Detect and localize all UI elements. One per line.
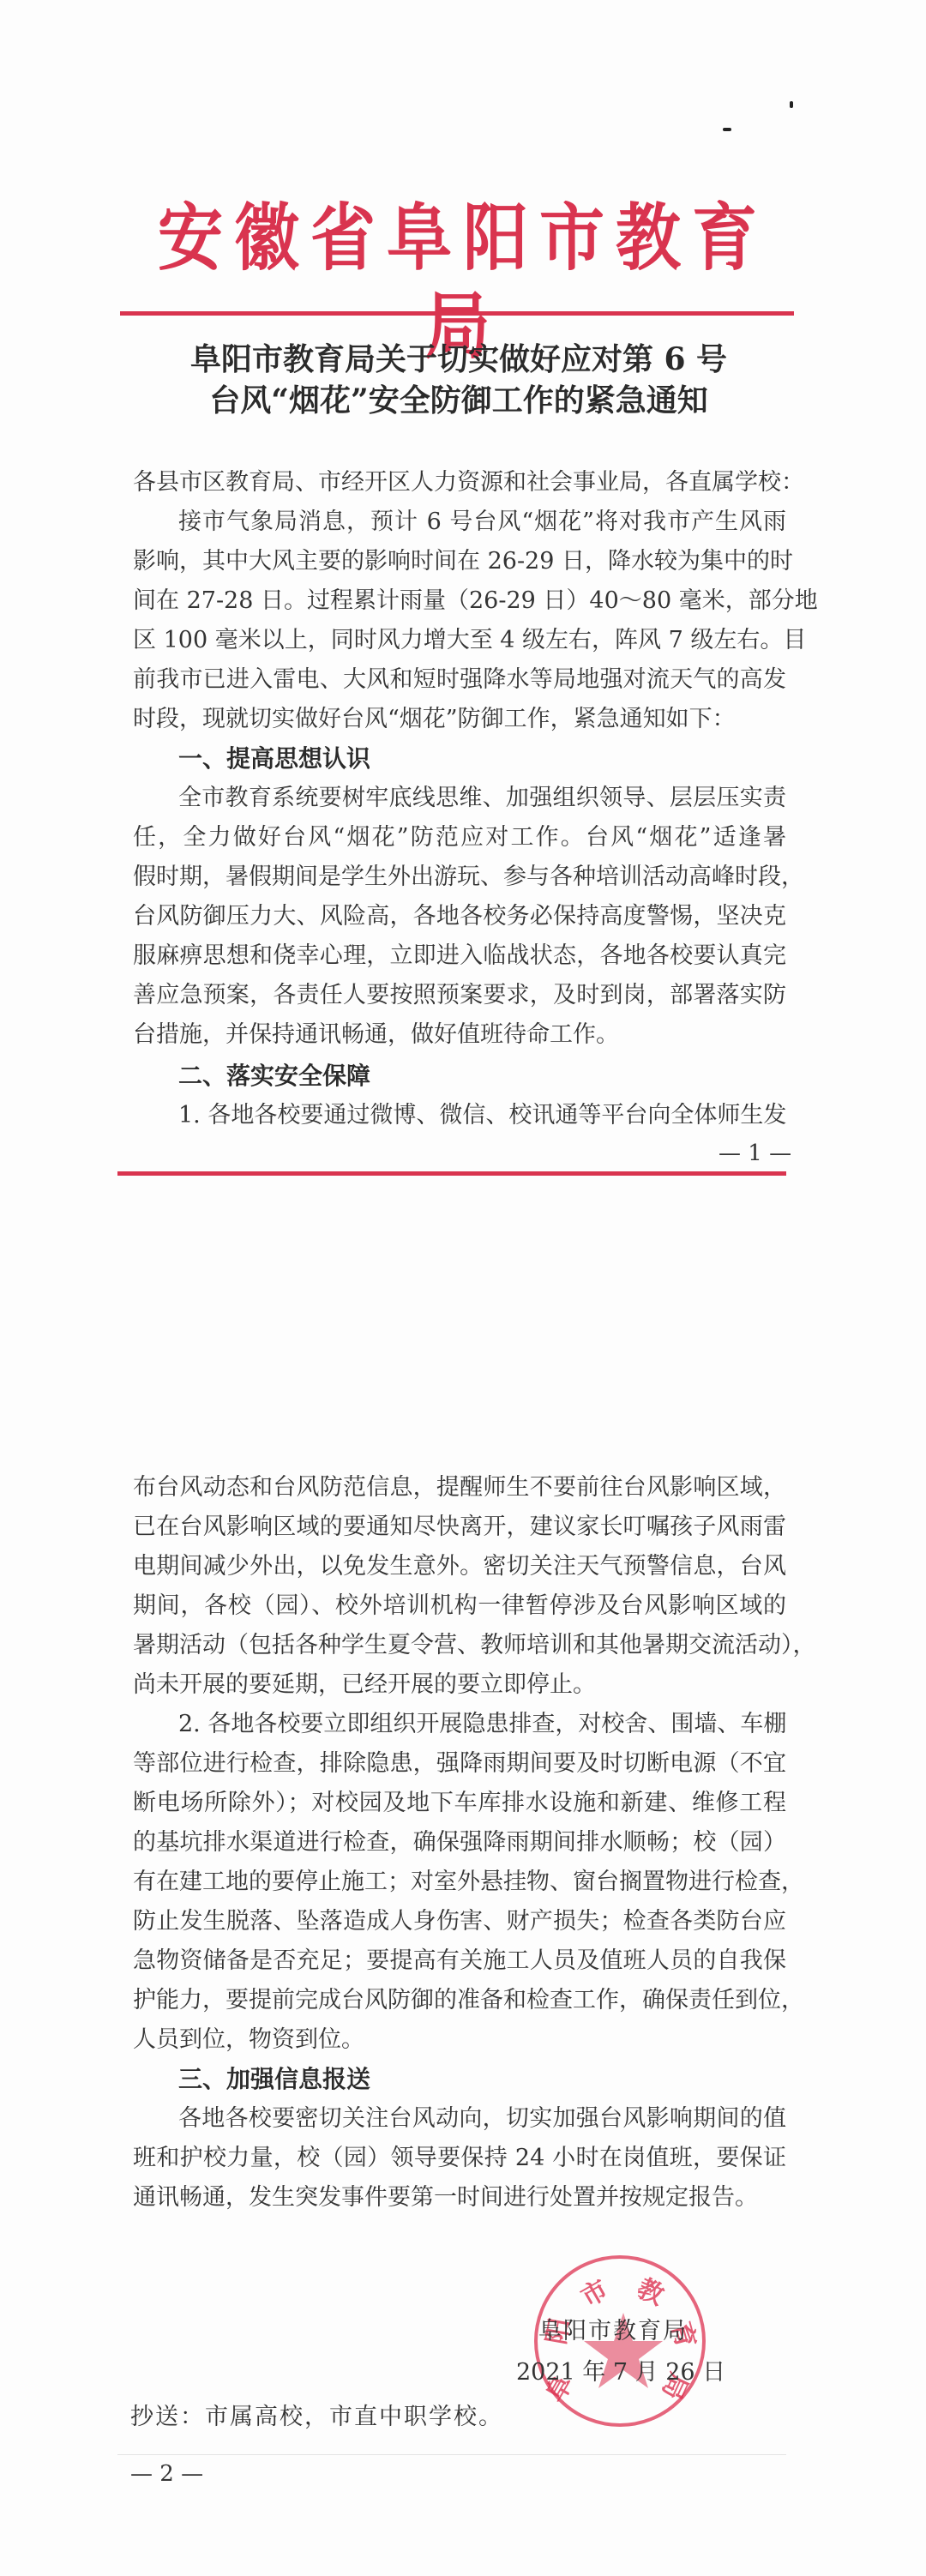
body-line: 尚未开展的要延期，已经开展的要立即停止。	[133, 1665, 786, 1705]
seal-char: 教	[632, 2267, 671, 2313]
body-line: 电期间减少外出，以免发生意外。密切关注天气预警信息，台风	[133, 1547, 786, 1586]
body-line: 区 100 毫米以上，同时风力增大至 4 级左右，阵风 7 级左右。目	[133, 621, 786, 660]
scan-speck	[723, 128, 731, 131]
body-line: 急物资储备是否充足；要提高有关施工人员及值班人员的自我保	[133, 1941, 786, 1981]
body-line: 等部位进行检查，排除隐患，强降雨期间要及时切断电源（不宜	[133, 1744, 786, 1784]
document-title-line-2: 台风“烟花”安全防御工作的紧急通知	[120, 380, 797, 421]
body-line: 影响，其中大风主要的影响时间在 26-29 日，降水较为集中的时	[133, 542, 786, 581]
org-header: 安徽省阜阳市教育局	[129, 194, 797, 282]
body-line: 全市教育系统要树牢底线思维、加强组织领导、层层压实责	[178, 779, 786, 818]
section-3-heading: 三、加强信息报送	[178, 2060, 370, 2099]
body-line: 断电场所除外）；对校园及地下车库排水设施和新建、维修工程	[133, 1784, 786, 1823]
cc-line: 抄送：市属高校，市直中职学校。	[130, 2398, 503, 2431]
body-line: 各地各校要密切关注台风动向，切实加强台风影响期间的值	[178, 2099, 786, 2139]
body-line: 台风防御压力大、风险高，各地各校务必保持高度警惕，坚决克	[133, 897, 786, 936]
document-title-line-1: 阜阳市教育局关于切实做好应对第 6 号	[120, 339, 797, 380]
body-line: 期间，各校（园）、校外培训机构一律暂停涉及台风影响区域的	[133, 1586, 786, 1626]
page-number-2: — 2 —	[130, 2461, 203, 2487]
body-line: 时段，现就切实做好台风“烟花”防御工作，紧急通知如下：	[133, 700, 786, 739]
page-number-1: — 1 —	[719, 1141, 791, 1166]
seal-char: 市	[573, 2268, 614, 2314]
body-line: 班和护校力量，校（园）领导要保持 24 小时在岗值班，要保证	[133, 2139, 786, 2178]
body-line: 台措施，并保持通讯畅通，做好值班待命工作。	[133, 1015, 786, 1055]
body-line: 间在 27-28 日。过程累计雨量（26-29 日）40～80 毫米，部分地	[133, 581, 786, 621]
footer-red-rule	[117, 1171, 786, 1176]
body-line: 护能力，要提前完成台风防御的准备和检查工作，确保责任到位，	[133, 1981, 786, 2020]
footer-rule	[117, 2454, 786, 2455]
scan-speck	[790, 101, 793, 108]
body-line: 暑期活动（包括各种学生夏令营、教师培训和其他暑期交流活动），	[133, 1626, 786, 1665]
body-line: 接市气象局消息，预计 6 号台风“烟花”将对我市产生风雨	[178, 503, 786, 542]
body-line: 布台风动态和台风防范信息，提醒师生不要前往台风影响区域，	[133, 1468, 786, 1508]
body-line: 前我市已进入雷电、大风和短时强降水等局地强对流天气的高发	[133, 660, 786, 700]
body-line: 已在台风影响区域的要通知尽快离开，建议家长叮嘱孩子风雨雷	[133, 1508, 786, 1547]
header-red-rule	[120, 311, 794, 316]
signature-date: 2021 年 7 月 26 日	[516, 2353, 725, 2386]
body-line: 人员到位，物资到位。	[133, 2020, 786, 2060]
body-line: 通讯畅通，发生突发事件要第一时间进行处置并按规定报告。	[133, 2178, 786, 2218]
body-line: 2. 各地各校要立即组织开展隐患排查，对校舍、围墙、车棚	[178, 1705, 786, 1744]
body-line: 善应急预案，各责任人要按照预案要求，及时到岗，部署落实防	[133, 976, 786, 1015]
body-line: 防止发生脱落、坠落造成人身伤害、财产损失；检查各类防台应	[133, 1902, 786, 1941]
addressee-line: 各县市区教育局、市经开区人力资源和社会事业局，各直属学校：	[133, 463, 786, 503]
body-line: 服麻痹思想和侥幸心理，立即进入临战状态，各地各校要认真完	[133, 936, 786, 976]
body-line: 假时期，暑假期间是学生外出游玩、参与各种培训活动高峰时段，	[133, 858, 786, 897]
signature-organization: 阜阳市教育局	[538, 2312, 688, 2345]
body-line: 的基坑排水渠道进行检查，确保强降雨期间排水顺畅；校（园）	[133, 1823, 786, 1863]
body-line: 有在建工地的要停止施工；对室外悬挂物、窗台搁置物进行检查，	[133, 1863, 786, 1902]
section-2-heading: 二、落实安全保障	[178, 1056, 370, 1096]
body-line: 1. 各地各校要通过微博、微信、校讯通等平台向全体师生发	[178, 1096, 786, 1135]
section-1-heading: 一、提高思想认识	[178, 739, 370, 779]
body-line: 任，全力做好台风“烟花”防范应对工作。台风“烟花”适逢暑	[133, 818, 786, 858]
